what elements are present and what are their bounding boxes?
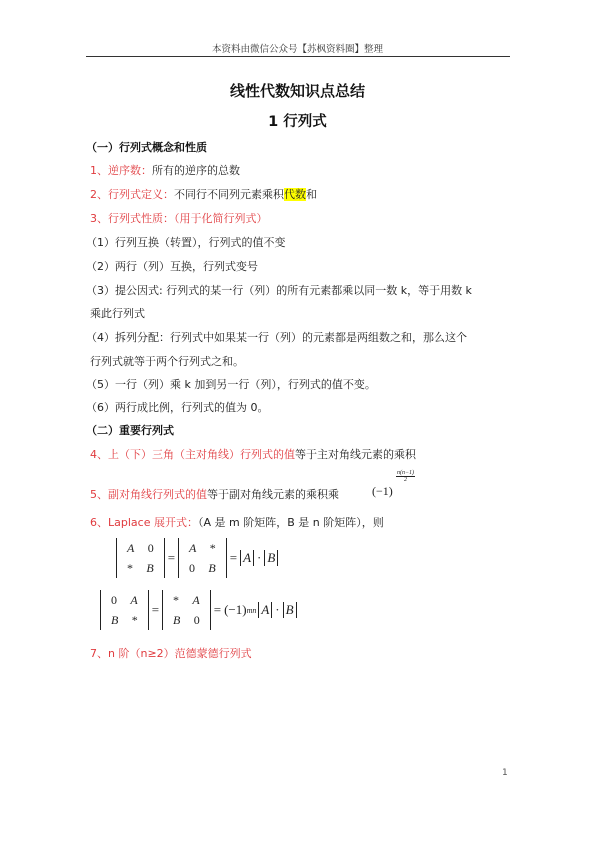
item-2-text-after: 和: [306, 188, 317, 201]
item-1: 1、逆序数：所有的逆序的总数: [90, 162, 240, 178]
item-1-label: 1、逆序数：: [90, 164, 152, 177]
item-6-label: 6、Laplace 展开式：: [90, 516, 198, 529]
item-5-text: 等于副对角线元素的乘积乘: [207, 488, 339, 501]
item-2: 2、行列式定义：不同行不同列元素乘积代数和: [90, 186, 317, 202]
section-heading-1: （一）行列式概念和性质: [86, 139, 207, 155]
item-4: 4、上（下）三角（主对角线）行列式的值等于主对角线元素的乘积: [90, 446, 416, 462]
item-3: 3、行列式性质：（用于化简行列式）: [90, 210, 268, 226]
property-1: （1）行列互换（转置），行列式的值不变: [86, 234, 286, 250]
determinant: A* 0B: [178, 538, 227, 578]
property-6: （6）两行成比例，行列式的值为 0。: [86, 399, 269, 415]
determinant: A0 *B: [116, 538, 165, 578]
laplace-formula-1: A0 *B = A* 0B = A · B: [116, 538, 278, 578]
item-5-label: 5、副对角线行列式的值: [90, 488, 207, 501]
determinant: *A B0: [162, 590, 211, 630]
header-divider: [86, 56, 510, 57]
property-4-cont: 行列式就等于两个行列式之和。: [90, 353, 244, 369]
item-4-label: 4、上（下）三角（主对角线）行列式的值: [90, 448, 295, 461]
item-2-text: 不同行不同列元素乘积: [174, 188, 284, 201]
property-3: （3）提公因式: 行列式的某一行（列）的所有元素都乘以同一数 k，等于用数 k: [86, 282, 472, 298]
item-4-text: 等于主对角线元素的乘积: [295, 448, 416, 461]
property-5: （5）一行（列）乘 k 加到另一行（列），行列式的值不变。: [86, 376, 376, 392]
sign-factor-base: (−1): [372, 484, 393, 499]
item-7: 7、n 阶（n≥2）范德蒙德行列式: [90, 645, 252, 661]
item-2-label: 2、行列式定义：: [90, 188, 174, 201]
determinant: 0A B*: [100, 590, 149, 630]
header-text: 本资料由微信公众号【苏枫资料圈】整理: [0, 41, 595, 55]
page-number: 1: [502, 768, 508, 778]
item-1-text: 所有的逆序的总数: [152, 164, 240, 177]
item-6-text: （A 是 m 阶矩阵，B 是 n 阶矩阵），则: [198, 516, 384, 529]
property-2: （2）两行（列）互换，行列式变号: [86, 258, 258, 274]
laplace-formula-2: 0A B* = *A B0 = (−1)mn A · B: [100, 590, 297, 630]
item-6: 6、Laplace 展开式：（A 是 m 阶矩阵，B 是 n 阶矩阵），则: [90, 514, 384, 530]
item-5: 5、副对角线行列式的值等于副对角线元素的乘积乘: [90, 486, 339, 502]
chapter-title: 1 行列式: [0, 110, 595, 131]
sign-factor-exponent: n(n−1) 2: [396, 470, 415, 483]
section-heading-2: （二）重要行列式: [86, 422, 174, 438]
item-2-highlight: 代数: [284, 188, 306, 201]
document-title: 线性代数知识点总结: [0, 80, 595, 101]
property-4: （4）拆列分配：行列式中如果某一行（列）的元素都是两组数之和，那么这个: [86, 329, 467, 345]
property-3-cont: 乘此行列式: [90, 305, 145, 321]
